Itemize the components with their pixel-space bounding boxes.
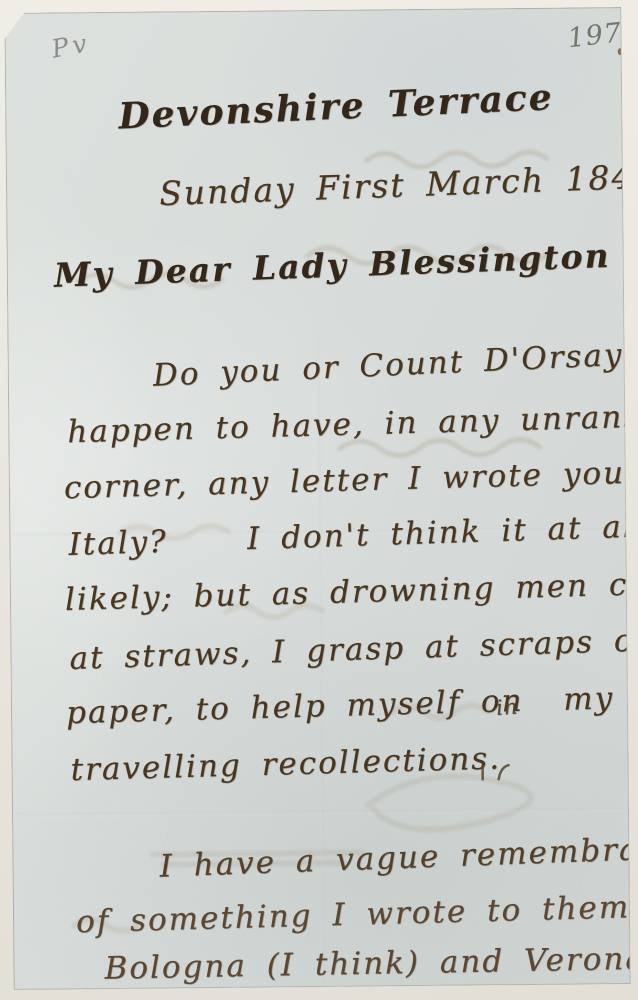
letter-body-line: Bologna (I think) and Verona — (104, 943, 630, 985)
scanned-letter-page: { "annotations": { "top_left_pencil": "P… (0, 0, 638, 1000)
letter-sheet: Pv 197 Devonshire Terrace Sunday First M… (4, 7, 630, 990)
insertion-caret-marks (475, 761, 525, 783)
page-number-pencil: 197 (566, 17, 624, 54)
interline-insertion: in (495, 696, 519, 719)
ink-speck (618, 48, 623, 55)
